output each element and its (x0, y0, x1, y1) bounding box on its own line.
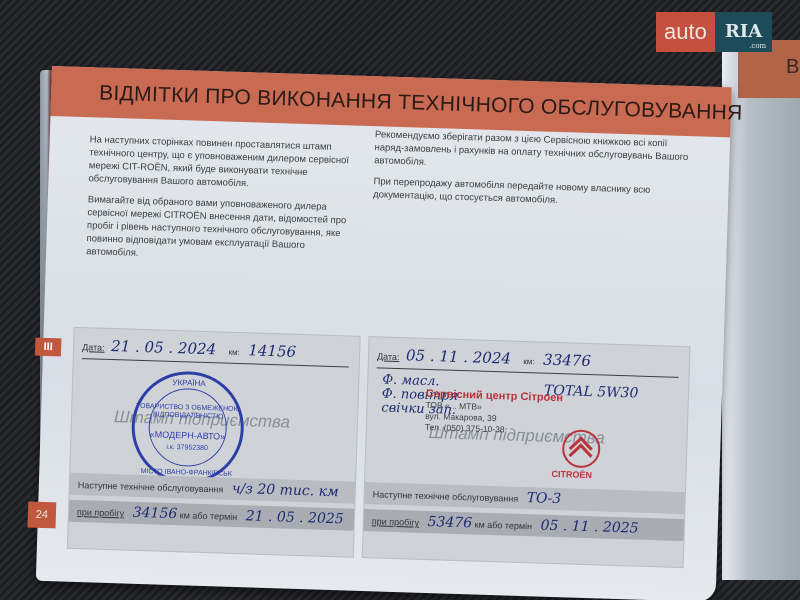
watermark-suffix: .com (749, 42, 766, 50)
next-service-row: Наступне технічне обслуговування ТО-3 (364, 482, 685, 514)
date-label: Дата: (377, 351, 400, 362)
date-row: Дата: 21 . 05 . 2024 км: 14156 (82, 336, 350, 367)
next-service-value: ч/з 20 тис. км (232, 481, 339, 500)
watermark-ria: RIA .com (715, 12, 772, 52)
service-mileage: 14156 (248, 341, 296, 360)
citroen-brand: CITROËN (551, 469, 592, 480)
page-number: 24 (27, 501, 56, 528)
intro-paragraph: На наступних сторінках повинен проставля… (88, 133, 360, 193)
stamp-org: ТОВАРИСТВО З ОБМЕЖЕНОЮ ВІДПОВІДАЛЬНІСТЮ (135, 403, 241, 422)
intro-paragraph: Вимагайте від обраного вами уповноважено… (86, 193, 358, 266)
stamp-inner-ring (148, 387, 228, 467)
at-mileage-label: при пробігу (77, 507, 125, 518)
next-term: 21 . 05 . 2025 (246, 508, 344, 527)
header-band: ВІДМІТКИ ПРО ВИКОНАННЯ ТЕХНІЧНОГО ОБСЛУГ… (50, 66, 731, 137)
watermark-ria-text: RIA (725, 21, 762, 42)
intro-right: Рекомендуємо зберігати разом з цією Серв… (373, 128, 690, 219)
page-title: ВІДМІТКИ ПРО ВИКОНАННЯ ТЕХНІЧНОГО ОБСЛУГ… (99, 82, 743, 126)
next-term: 05 . 11 . 2025 (540, 518, 638, 537)
service-mileage: 33476 (543, 351, 591, 370)
stamp-country: УКРАЇНА (136, 377, 242, 389)
service-record-card: Дата: 21 . 05 . 2024 км: 14156 Штамп під… (67, 327, 361, 558)
right-page-title: ВІД (786, 56, 800, 79)
next-service-value: ТО-3 (526, 490, 561, 507)
auto-ria-watermark: auto RIA .com (656, 12, 772, 52)
service-record-card: Дата: 05 . 11 . 2024 км: 33476 Штамп під… (362, 336, 691, 568)
next-mileage-row: при пробігу 53476 км або термін 05 . 11 … (364, 509, 685, 541)
at-mileage-label: при пробігу (372, 516, 420, 527)
km-or-term-label: км або термін (180, 510, 238, 522)
intro-left: На наступних сторінках повинен проставля… (86, 133, 360, 274)
km-or-term-label: км або термін (474, 520, 532, 532)
photo-scene: ВІД ВІДМІТКИ ПРО ВИКОНАННЯ ТЕХНІЧНОГО ОБ… (0, 0, 800, 600)
intro-paragraph: Рекомендуємо зберігати разом з цією Серв… (374, 128, 690, 177)
dealer-stamp: Сервісний центр Сітроен ТОВ «... МТВ» ву… (425, 389, 564, 437)
next-mileage: 34156 (133, 505, 178, 522)
next-service-label: Наступне технічне обслуговування (78, 480, 224, 495)
service-date: 05 . 11 . 2024 (406, 346, 511, 367)
dealer-round-stamp: УКРАЇНА ТОВАРИСТВО З ОБМЕЖЕНОЮ ВІДПОВІДА… (130, 370, 245, 485)
service-book-page: ВІДМІТКИ ПРО ВИКОНАННЯ ТЕХНІЧНОГО ОБСЛУГ… (36, 66, 732, 600)
next-service-label: Наступне технічне обслуговування (373, 489, 519, 504)
citroen-chevron-logo-icon (562, 429, 601, 468)
next-mileage: 53476 (427, 514, 472, 531)
next-mileage-row: при пробігу 34156 км або термін 21 . 05 … (69, 500, 355, 531)
intro-paragraph: При перепродажу автомобіля передайте нов… (373, 175, 689, 211)
service-date: 21 . 05 . 2024 (111, 337, 216, 358)
next-service-row: Наступне технічне обслуговування ч/з 20 … (70, 473, 356, 504)
km-label: км: (523, 357, 535, 366)
date-label: Дата: (82, 342, 105, 353)
watermark-auto: auto (656, 12, 715, 52)
km-label: км: (228, 348, 240, 357)
chapter-tab: III (35, 338, 62, 357)
